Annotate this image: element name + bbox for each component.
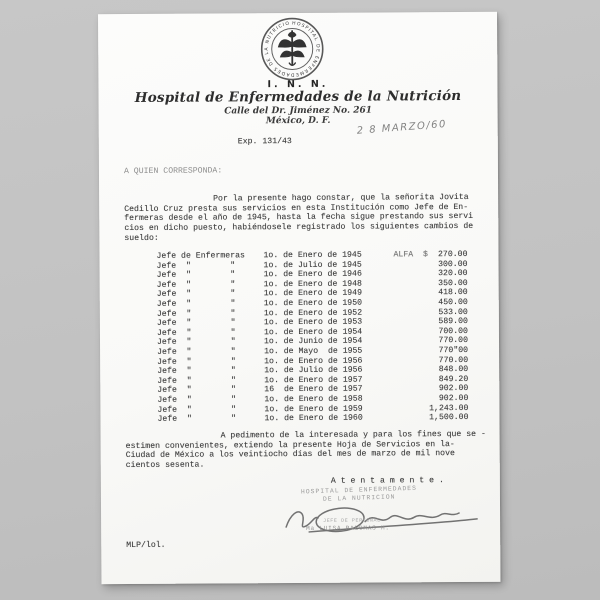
cell-note — [394, 346, 428, 356]
cell-note — [394, 375, 428, 385]
typist-reference: MLP/lol. — [126, 541, 165, 551]
cell-amount: 770"00 — [428, 346, 468, 356]
cell-note — [394, 289, 428, 299]
cell-note — [394, 356, 428, 366]
cell-amount: 300.00 — [428, 260, 468, 270]
signer-name: Ma LUISA PALOMAS M. — [306, 524, 390, 532]
service-table: Jefe de Enfermeras1o. de Enero de 1945AL… — [156, 250, 468, 425]
cell-note — [394, 337, 428, 347]
cell-note — [394, 279, 428, 289]
cell-note — [394, 394, 428, 404]
salutation: A QUIEN CORRESPONDA: — [124, 166, 222, 176]
cell-amount: 770.00 — [428, 355, 468, 365]
hospital-seal: HOSPITAL DE ENFERMEDADES DE LA NUTRICION — [258, 15, 326, 83]
cell-amount: 902.00 — [428, 394, 468, 404]
cell-note — [394, 365, 428, 375]
signer-title: JEFE DE PERSONAL — [323, 518, 381, 524]
scanned-letter-background: { "page": { "background": "#c2c2c2", "pa… — [0, 0, 600, 600]
table-row: Jefe " "1o. de Enero de 19601,500.00 — [157, 413, 468, 424]
cell-amount: 1,500.00 — [428, 413, 468, 423]
closing-paragraph: A pedimento de la interesada y para los … — [126, 430, 486, 471]
cell-amount: 450.00 — [428, 298, 468, 308]
cell-amount: 320.00 — [428, 269, 468, 279]
expediente-number: Exp. 131/43 — [238, 137, 292, 147]
cell-note — [394, 413, 428, 423]
cell-note — [394, 385, 428, 395]
cell-note — [394, 317, 428, 327]
cell-date: 1o. de Enero de 1960 — [264, 414, 394, 424]
cell-amount: 270.00 — [427, 250, 467, 260]
cell-amount: 418.00 — [428, 288, 468, 298]
cell-note — [394, 269, 428, 279]
cell-amount: 848.00 — [428, 365, 468, 375]
cell-note: ALFA $ — [393, 250, 427, 260]
cell-note — [394, 260, 428, 270]
cell-note — [394, 404, 428, 414]
cell-amount: 902.00 — [428, 384, 468, 394]
cell-note — [394, 308, 428, 318]
cell-note — [394, 298, 428, 308]
cell-amount: 589.00 — [428, 317, 468, 327]
cell-note — [394, 327, 428, 337]
letter-page: HOSPITAL DE ENFERMEDADES DE LA NUTRICION… — [98, 12, 500, 584]
signature-script — [281, 498, 485, 541]
cell-amount: 770.00 — [428, 336, 468, 346]
seal-emblem — [278, 31, 306, 65]
hospital-name: Hospital de Enfermedades de la Nutrición — [98, 88, 497, 106]
cell-amount: 533.00 — [428, 308, 468, 318]
cell-pos: Jefe " " — [157, 414, 264, 424]
body-paragraph: Por la presente hago constar, que la señ… — [124, 193, 484, 244]
closing-paragraph-line: cientos sesenta. — [126, 459, 486, 471]
cell-amount: 1,243.00 — [428, 403, 468, 413]
